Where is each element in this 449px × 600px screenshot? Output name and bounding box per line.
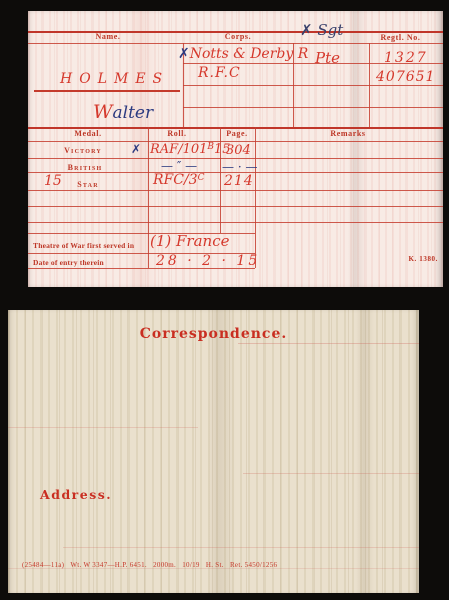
correspondence-title: Correspondence. bbox=[8, 326, 419, 342]
divider bbox=[34, 90, 180, 92]
printer-code: (25484—11a) Wt. W 3347—H.P. 6451. 2000m.… bbox=[22, 561, 277, 569]
star-roll-entry: RFC/3C bbox=[153, 173, 204, 187]
theatre-of-war-entry: (1) France bbox=[150, 234, 229, 249]
asterisk-mark: ✗ bbox=[178, 46, 190, 62]
medal-index-card-front: Name. Corps. Regtl. No. ✗ Sgt ✗Notts & D… bbox=[28, 11, 443, 287]
regtl-no-column-header: Regtl. No. bbox=[358, 34, 443, 42]
victory-roll-entry: RAF/101B15 bbox=[150, 143, 231, 156]
first-name-rest: alter bbox=[113, 103, 154, 123]
divider bbox=[183, 85, 443, 86]
divider bbox=[28, 141, 443, 142]
british-page-ditto: — · — bbox=[222, 161, 257, 173]
asterisk-mark: ✗ bbox=[300, 21, 313, 39]
faint-line bbox=[238, 343, 419, 344]
column-divider bbox=[148, 127, 149, 268]
scanned-medal-card-photo: { "front": { "header": { "name_label": "… bbox=[0, 0, 449, 600]
corps-entry-line2: R.F.C bbox=[198, 66, 241, 80]
asterisk-mark: ✗ bbox=[131, 143, 141, 155]
star-page-entry: 214 bbox=[224, 174, 254, 188]
divider bbox=[183, 107, 443, 108]
faint-line bbox=[63, 547, 419, 548]
medal-row-star-label: Star bbox=[58, 181, 118, 189]
divider bbox=[28, 206, 443, 207]
corps-entry-line1: ✗Notts & Derby R bbox=[178, 47, 308, 61]
date-of-entry-value: 28 · 2 · 15 bbox=[156, 254, 260, 268]
first-name-initial: W bbox=[93, 101, 113, 123]
medal-row-victory-label: Victory bbox=[48, 147, 118, 155]
rank-pencil-entry: ✗ Sgt bbox=[300, 23, 343, 38]
theatre-of-war-label: Theatre of War first served in bbox=[33, 242, 148, 250]
victory-page-entry: 304 bbox=[226, 144, 251, 157]
divider bbox=[28, 158, 443, 159]
regimental-number-1: 1327 bbox=[384, 51, 428, 65]
date-of-entry-label: Date of entry therein bbox=[33, 259, 148, 267]
roll-column-header: Roll. bbox=[147, 130, 207, 138]
column-divider bbox=[255, 127, 256, 268]
divider bbox=[28, 222, 443, 223]
surname-entry: HOLMES bbox=[60, 72, 169, 86]
rank-ink-entry: Pte bbox=[315, 51, 340, 66]
faint-line bbox=[243, 473, 419, 474]
faint-line bbox=[8, 427, 198, 428]
corps-column-header: Corps. bbox=[188, 33, 288, 41]
column-divider bbox=[369, 43, 370, 127]
divider bbox=[28, 43, 443, 44]
medal-column-header: Medal. bbox=[48, 130, 128, 138]
medal-row-british-label: British bbox=[50, 164, 120, 172]
remarks-column-header: Remarks bbox=[288, 130, 408, 138]
name-column-header: Name. bbox=[58, 33, 158, 41]
first-name-entry: Walter bbox=[93, 103, 153, 122]
form-number: K. 1380. bbox=[378, 256, 438, 263]
address-label: Address. bbox=[40, 487, 112, 502]
medal-index-card-back: Correspondence. Address. (25484—11a) Wt.… bbox=[8, 310, 419, 593]
british-roll-ditto: — ″ — bbox=[161, 160, 197, 172]
divider bbox=[28, 190, 443, 191]
regimental-number-2: 407651 bbox=[376, 70, 435, 84]
page-column-header: Page. bbox=[208, 130, 266, 138]
